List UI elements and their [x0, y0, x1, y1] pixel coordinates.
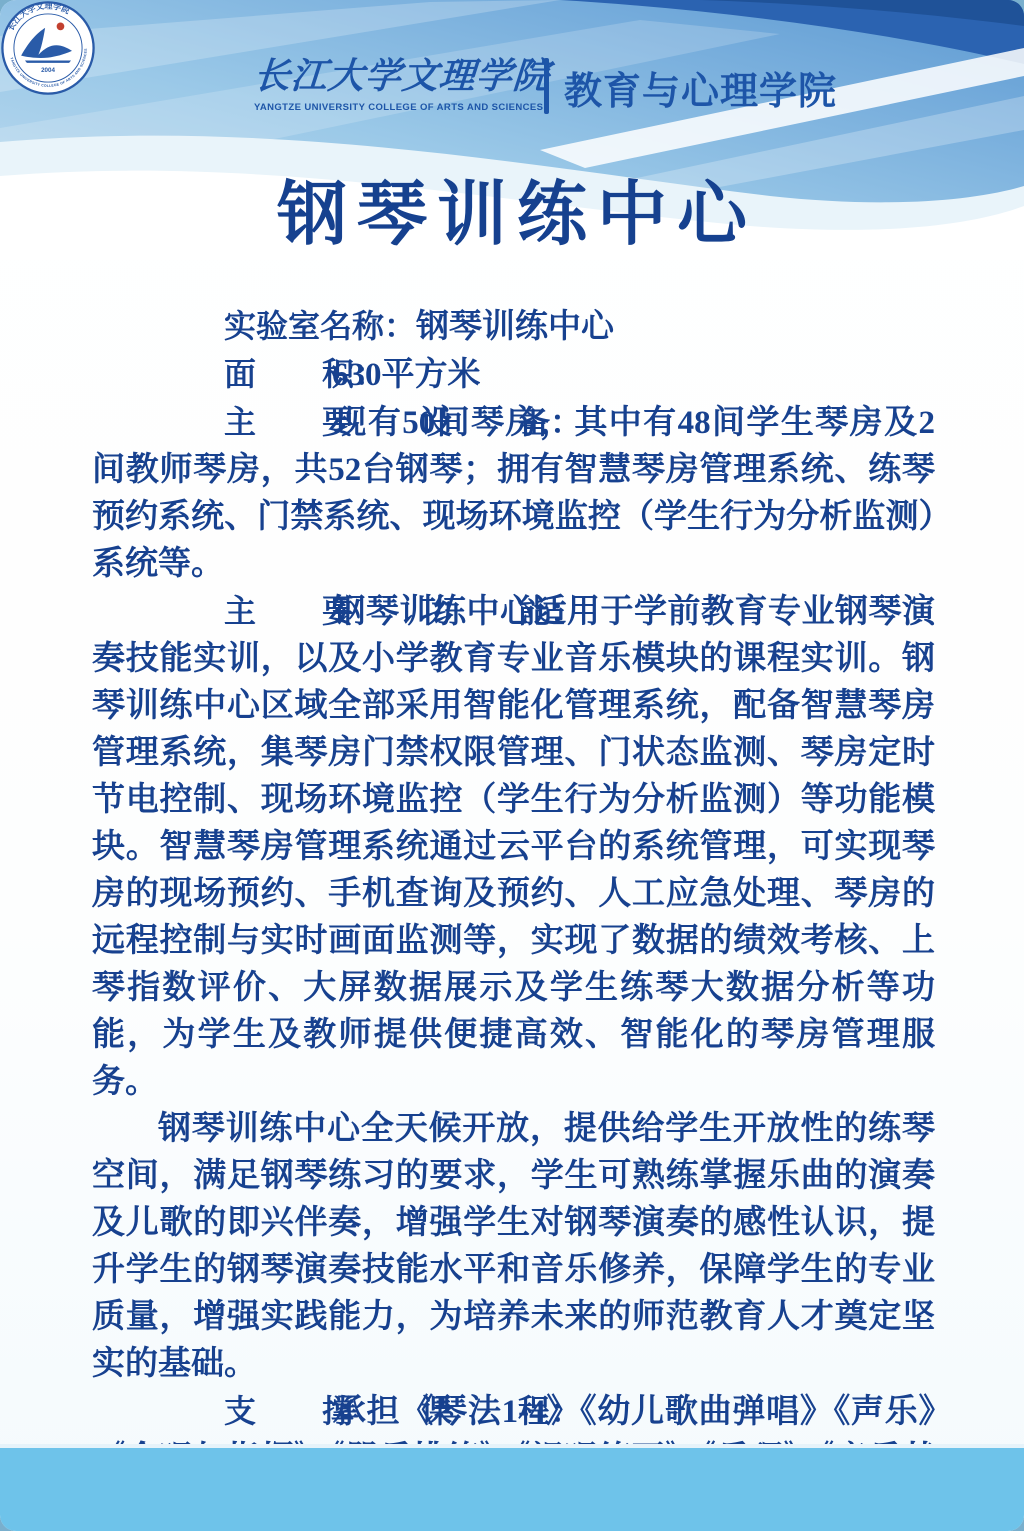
content: 实验室名称：钢琴训练中心 面积：630平方米 主要设备：现有50间琴房，其中有4…	[92, 303, 935, 1530]
label-lab-name: 实验室名称：	[158, 303, 416, 350]
label-main-equipment: 主要设备：	[158, 399, 332, 446]
label-part: 主	[158, 588, 256, 635]
paragraph-main-equipment: 主要设备：现有50间琴房，其中有48间学生琴房及2间教师琴房，共52台钢琴；拥有…	[92, 399, 935, 588]
university-name-english: YANGTZE UNIVERSITY COLLEGE OF ARTS AND S…	[254, 102, 550, 113]
paragraph-open-access: 钢琴训练中心全天候开放，提供给学生开放性的练琴空间，满足钢琴练习的要求，学生可熟…	[92, 1106, 935, 1388]
university-logo: 长江大学文理学院 YANGTZE UNIVERSITY COLLEGE OF A…	[0, 0, 96, 96]
paragraph-main-functions: 主要功能：钢琴训练中心适用于学前教育专业钢琴演奏技能实训，以及小学教育专业音乐模…	[92, 588, 935, 1106]
header-divider	[544, 58, 549, 114]
label-part: 支	[158, 1388, 256, 1435]
value-area: 630平方米	[332, 357, 481, 393]
logo-year: 2004	[41, 67, 55, 74]
page-title: 钢琴训练中心	[0, 158, 1024, 259]
label-part: 实验室名称：	[158, 303, 416, 350]
label-area: 面积：	[158, 351, 332, 398]
poster-card: 长江大学文理学院 YANGTZE UNIVERSITY COLLEGE OF A…	[0, 0, 1024, 1531]
footer-band	[0, 1444, 1024, 1531]
logo-red-seal	[57, 23, 65, 31]
value-lab-name: 钢琴训练中心	[416, 309, 614, 345]
university-name: 长江大学文理学院	[252, 48, 552, 99]
label-part: 面	[158, 351, 256, 398]
text-main-functions: 钢琴训练中心适用于学前教育专业钢琴演奏技能实训，以及小学教育专业音乐模块的课程实…	[92, 594, 935, 1100]
label-part: 主	[158, 399, 256, 446]
text-open-access: 钢琴训练中心全天候开放，提供给学生开放性的练琴空间，满足钢琴练习的要求，学生可熟…	[92, 1111, 935, 1382]
label-supported-courses: 支撑课程：	[158, 1388, 332, 1435]
paragraph-area: 面积：630平方米	[92, 351, 935, 399]
department-name: 教育与心理学院	[564, 60, 837, 115]
paragraph-lab-name: 实验室名称：钢琴训练中心	[92, 303, 935, 351]
label-main-functions: 主要功能：	[158, 588, 332, 635]
university-name-block: 长江大学文理学院 YANGTZE UNIVERSITY COLLEGE OF A…	[254, 48, 550, 113]
